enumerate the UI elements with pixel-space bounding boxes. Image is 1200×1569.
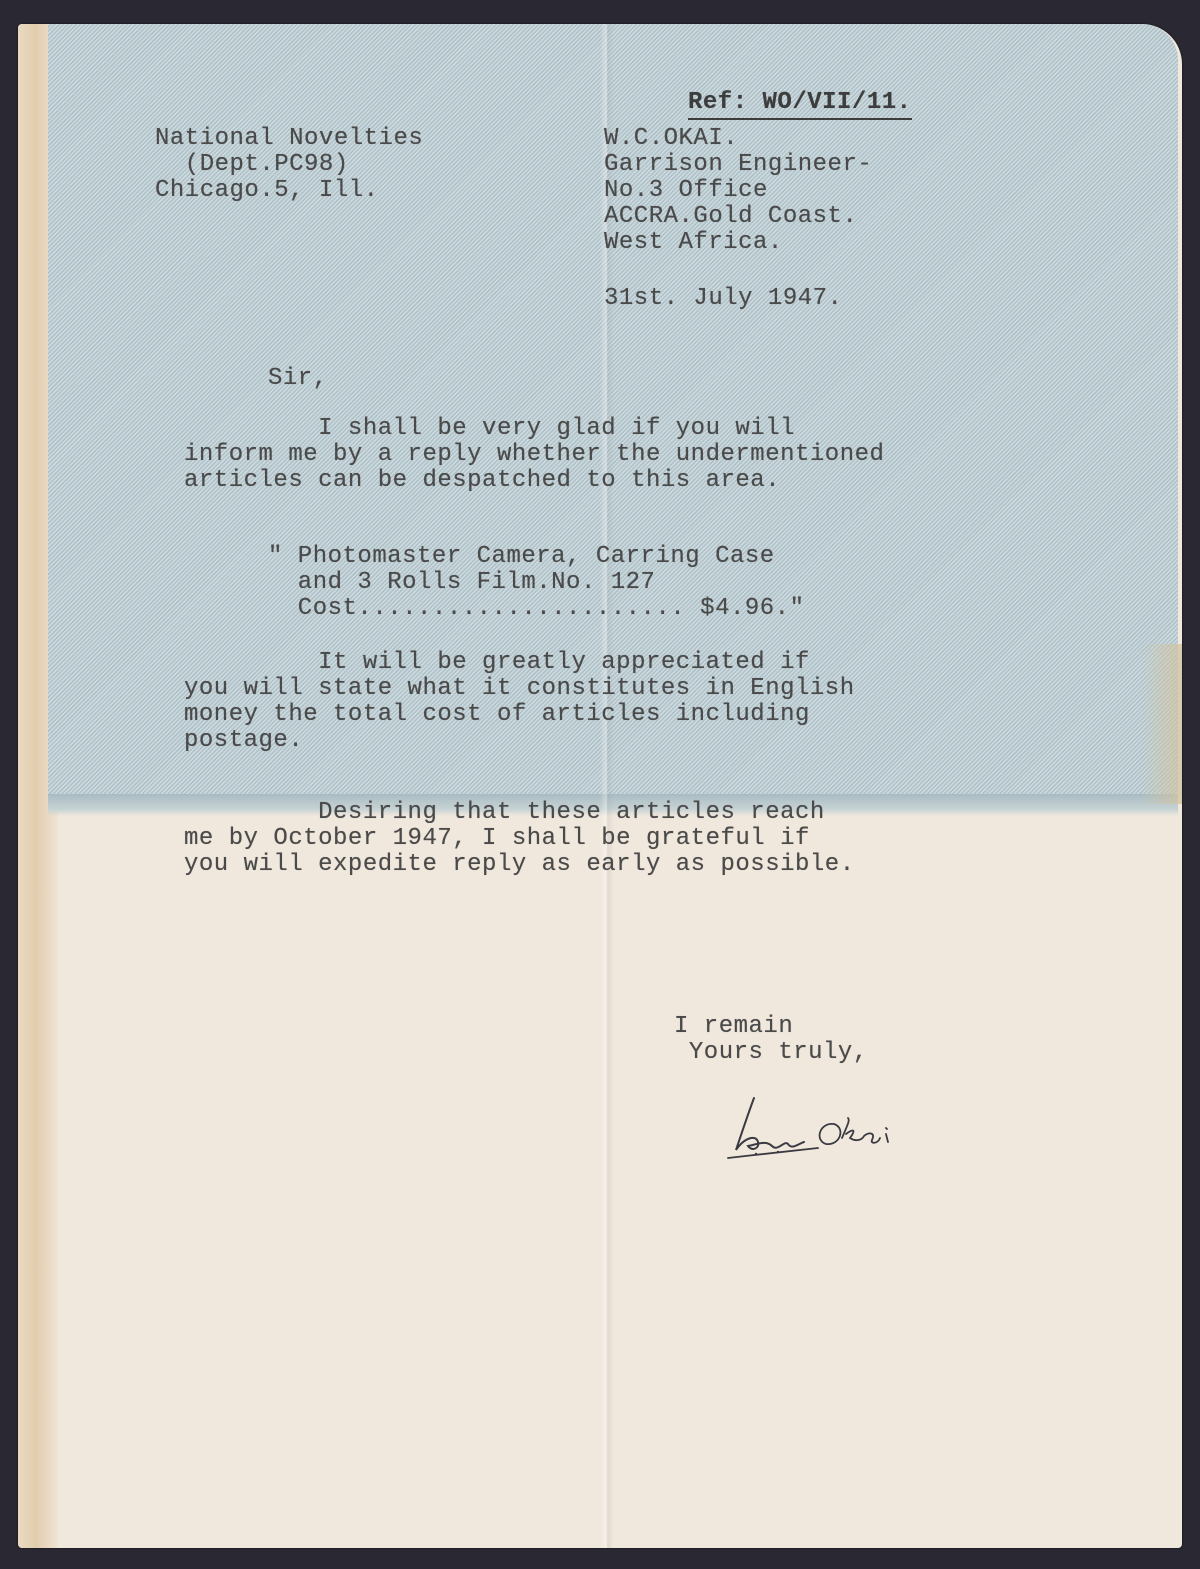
salutation: Sir, bbox=[268, 366, 328, 392]
paragraph-line: you will state what it constitutes in En… bbox=[184, 675, 855, 702]
paragraph-line: It will be greatly appreciated if bbox=[184, 649, 810, 676]
paragraph-line: money the total cost of articles includi… bbox=[184, 701, 810, 728]
item-quote: " Photomaster Camera, Carring Case and 3… bbox=[268, 544, 804, 622]
paragraph-line: me by October 1947, I shall be grateful … bbox=[184, 825, 810, 852]
closing-line: I remain bbox=[674, 1013, 793, 1040]
recipient-line: Chicago.5, Ill. bbox=[155, 177, 379, 204]
paragraph-line: inform me by a reply whether the underme… bbox=[184, 441, 884, 468]
closing-line: Yours truly, bbox=[674, 1039, 868, 1066]
item-cost-line: Cost...................... $4.96." bbox=[268, 595, 804, 622]
recipient-line: (Dept.PC98) bbox=[155, 151, 349, 178]
paragraph-line: you will expedite reply as early as poss… bbox=[184, 851, 855, 878]
paragraph-line: I shall be very glad if you will bbox=[184, 415, 795, 442]
sender-line: W.C.OKAI. bbox=[604, 125, 738, 152]
sender-line: West Africa. bbox=[604, 229, 783, 256]
paragraph-line: articles can be despatched to this area. bbox=[184, 467, 780, 494]
complimentary-close: I remain Yours truly, bbox=[674, 1014, 868, 1066]
item-line: and 3 Rolls Film.No. 127 bbox=[268, 569, 655, 596]
paper-sheet bbox=[18, 24, 1182, 1548]
sender-line: Garrison Engineer- bbox=[604, 151, 872, 178]
scanned-letter: Ref: WO/VII/11. National Novelties (Dept… bbox=[0, 0, 1200, 1569]
item-line: " Photomaster Camera, Carring Case bbox=[268, 543, 775, 570]
recipient-address: National Novelties (Dept.PC98) Chicago.5… bbox=[155, 126, 423, 204]
paragraph-line: postage. bbox=[184, 727, 303, 754]
sender-address: W.C.OKAI. Garrison Engineer- No.3 Office… bbox=[604, 126, 872, 256]
paragraph-inquiry: I shall be very glad if you will inform … bbox=[184, 416, 884, 494]
paragraph-deadline: Desiring that these articles reach me by… bbox=[184, 800, 855, 878]
paragraph-cost-request: It will be greatly appreciated if you wi… bbox=[184, 650, 855, 754]
letter-date: 31st. July 1947. bbox=[604, 286, 842, 312]
reference-number: Ref: WO/VII/11. bbox=[688, 90, 912, 120]
sender-line: No.3 Office bbox=[604, 177, 768, 204]
sender-line: ACCRA.Gold Coast. bbox=[604, 203, 857, 230]
recipient-line: National Novelties bbox=[155, 125, 423, 152]
paragraph-line: Desiring that these articles reach bbox=[184, 799, 825, 826]
right-edge-stain bbox=[1142, 644, 1182, 804]
handwritten-signature bbox=[722, 1094, 912, 1164]
